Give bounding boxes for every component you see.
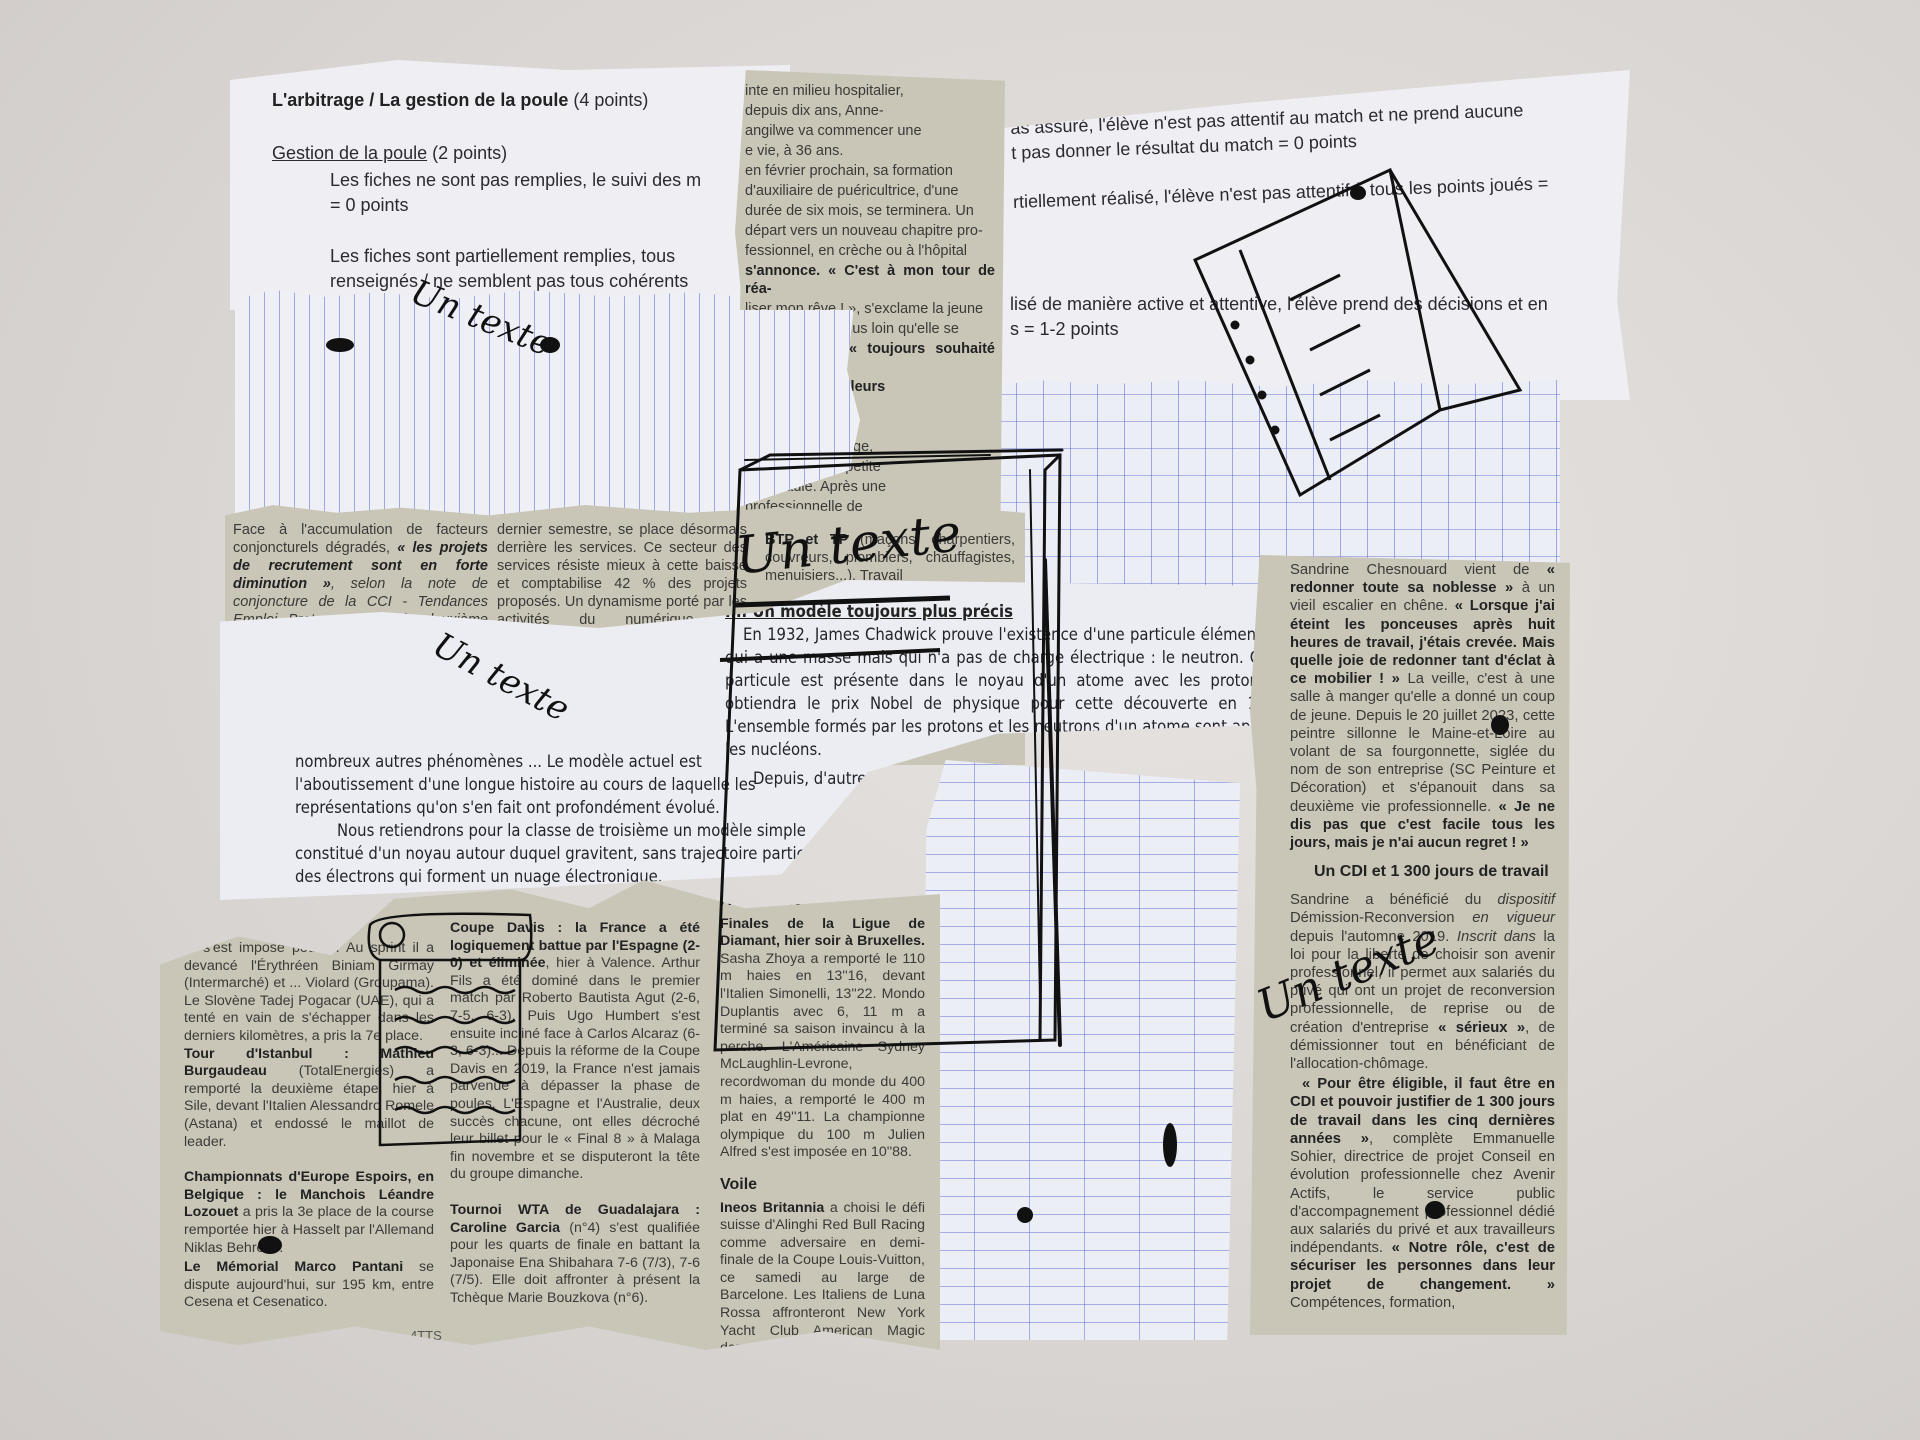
rubric-section-title: Gestion de la poule (2 points)	[272, 141, 790, 166]
sandrine-subhead: Un CDI et 1 300 jours de travail	[1314, 862, 1555, 881]
rubric-item-2: Les fiches sont partiellement remplies, …	[272, 244, 790, 294]
page-footer-code: 4TTS	[410, 1328, 442, 1343]
rubric-item-1: Les fiches ne sont pas remplies, le suiv…	[272, 168, 790, 218]
rubric-sheet-right: as assuré, l'élève n'est pas attentif au…	[990, 70, 1630, 400]
newspaper-clipping-sports: ... s'est imposé pour ... Au sprint il a…	[160, 880, 940, 1350]
rubric-title: L'arbitrage / La gestion de la poule (4 …	[272, 88, 790, 113]
sandrine-para-3: « Pour être éligible, il faut être en CD…	[1290, 1075, 1555, 1312]
sandrine-para-1: Sandrine Chesnouard vient de « redonner …	[1290, 561, 1555, 852]
rubric-sheet: L'arbitrage / La gestion de la poule (4 …	[230, 60, 790, 310]
science-heading: III. Un modèle toujours plus précis	[725, 600, 1290, 623]
ruled-paper-center	[920, 760, 1240, 1340]
